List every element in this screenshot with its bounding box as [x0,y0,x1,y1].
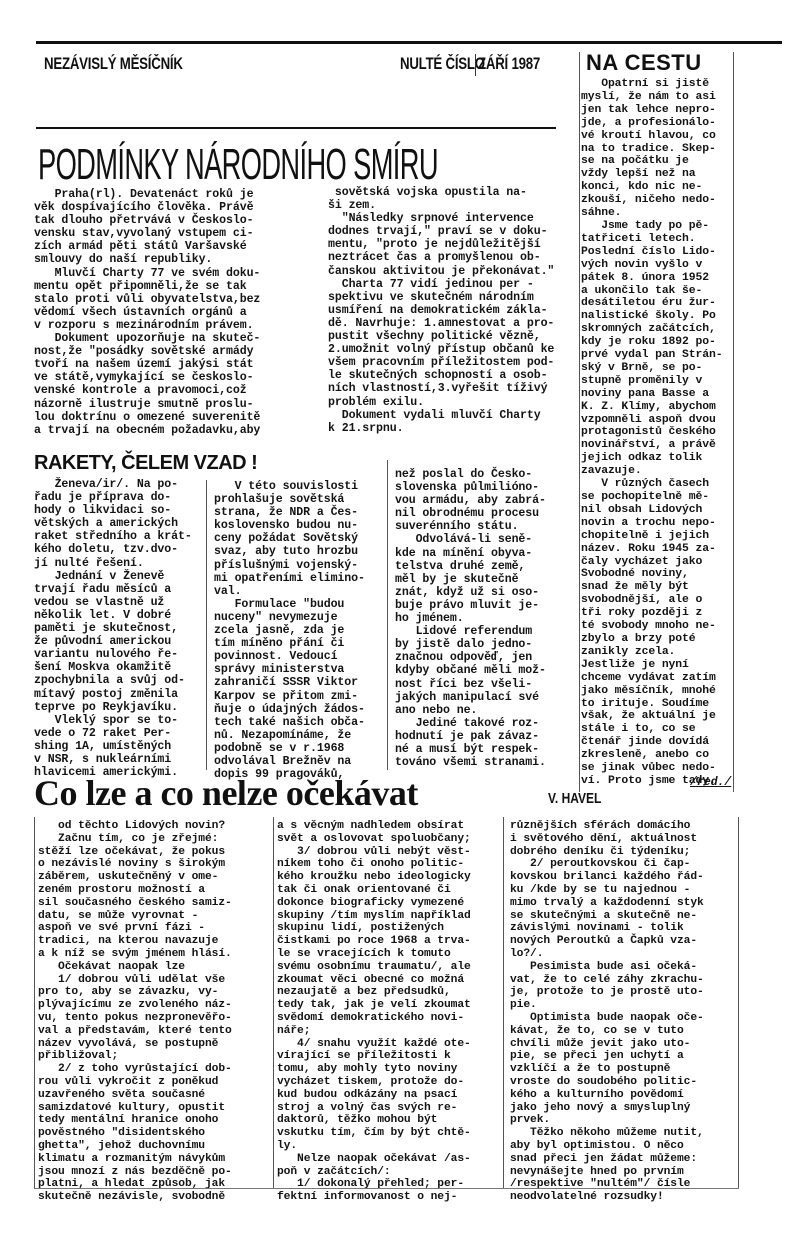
article-havel-col1: od těchto Lidových novin? Začnu tím, co … [38,820,232,1204]
masthead-issue: NULTÉ ČÍSLO [400,54,485,74]
article-rakety-col3: než poslal do Česko- slovenska půlmilión… [395,468,546,769]
article-smir-col1: Praha(rl). Devatenáct roků je věk dospív… [34,188,260,437]
masthead-divider [475,54,476,76]
article-havel-col3: různějších sférách domácího i světového … [510,820,704,1204]
article-smir-col2: sovětská vojska opustila na- ši zem. "Ná… [328,186,554,435]
havel-bottom-rule [34,1188,739,1189]
cestu-signature: /red./ [690,776,731,789]
havel-divider-2 [503,817,504,1188]
headline-cestu: NA CESTU [586,50,702,76]
cestu-right-border [733,52,734,792]
masthead-date: ZÁŘÍ 1987 [478,54,540,74]
rakety-divider-2 [387,460,388,770]
headline-rakety: RAKETY, ČELEM VZAD ! [34,452,257,475]
headline-havel: Co lze a co nelze očekávat [34,772,418,814]
article-rakety-col1: Ženeva/ir/. Na po- řadu je příprava do- … [34,478,192,779]
cestu-left-border [579,52,580,792]
masthead-rule [36,127,556,129]
headline-smir: PODMÍNKY NÁRODNÍHO SMÍRU [38,140,438,190]
article-rakety-col2: V této souvislosti prohlašuje sovětská s… [214,480,365,781]
havel-left-border [34,817,35,1188]
rakety-divider-1 [206,480,207,770]
havel-divider-1 [273,817,274,1188]
top-rule [36,41,782,44]
author-havel: V. HAVEL [548,790,601,807]
article-havel-col2: a s věcným nadhledem obsírat svět a oslo… [277,820,471,1204]
havel-right-border [738,817,739,1188]
article-cestu-text: Opatrní si jistě myslí, že nám to asi je… [581,78,722,788]
masthead-left: NEZÁVISLÝ MĚSÍČNÍK [44,54,183,74]
